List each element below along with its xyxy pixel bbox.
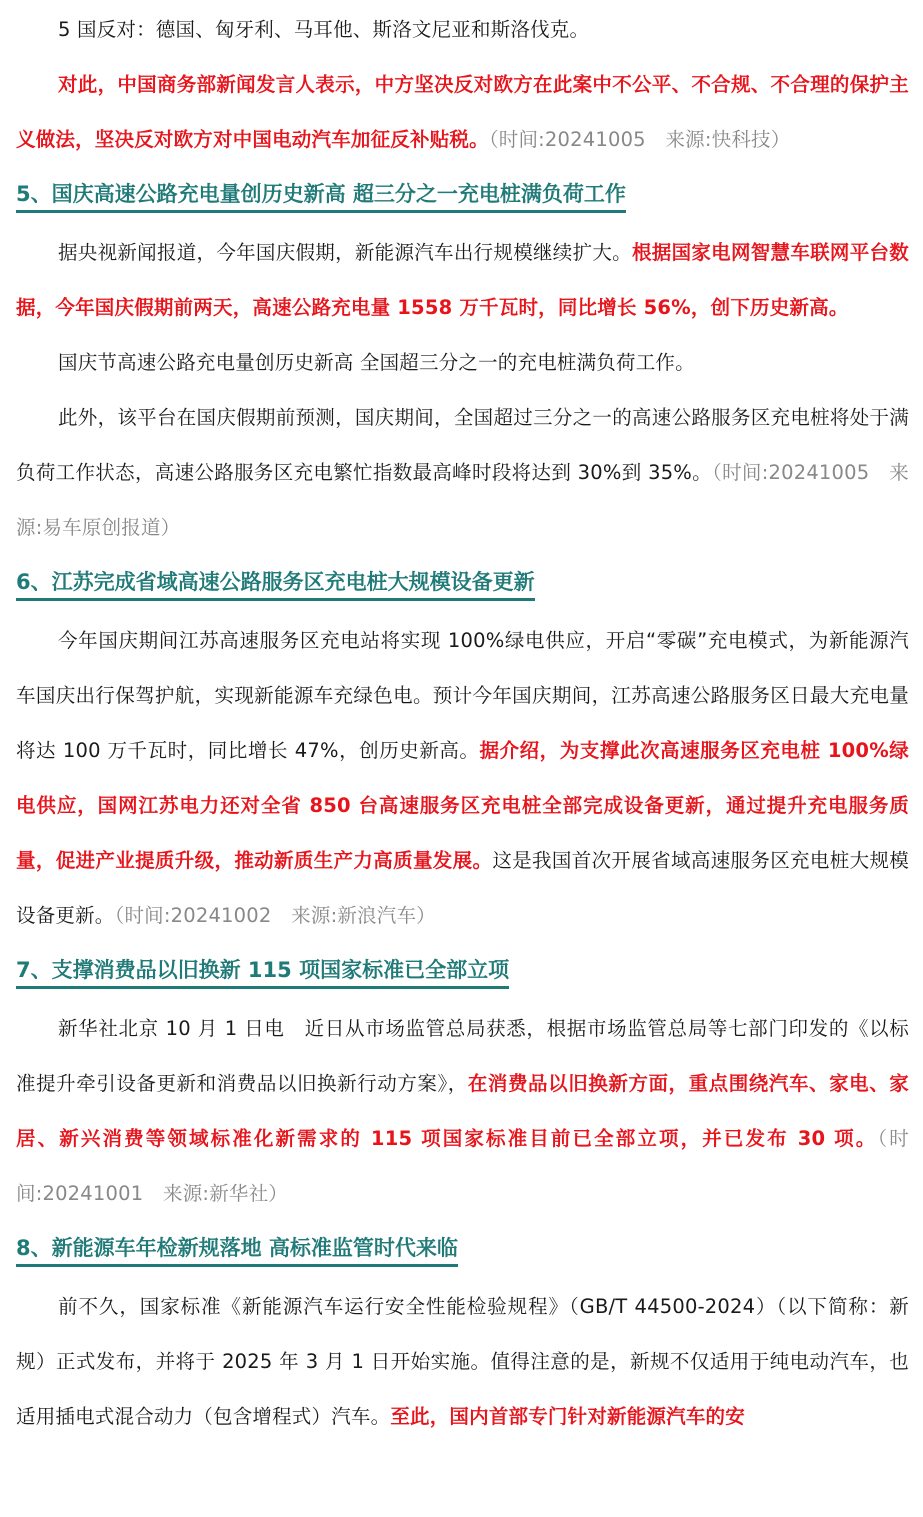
section-5-paragraph-1: 据央视新闻报道，今年国庆假期，新能源汽车出行规模继续扩大。根据国家电网智慧车联网… bbox=[16, 225, 909, 335]
section-8: 8、新能源车年检新规落地 高标准监管时代来临 bbox=[16, 1221, 909, 1279]
section-6-paragraph-1: 今年国庆期间江苏高速服务区充电站将实现 100%绿电供应，开启“零碳”充电模式，… bbox=[16, 613, 909, 943]
intro-text: 5 国反对：德国、匈牙利、马耳他、斯洛文尼亚和斯洛伐克。 bbox=[58, 18, 589, 41]
source-meta: （时间:20241005 来源:快科技） bbox=[489, 128, 791, 151]
article-body: 5 国反对：德国、匈牙利、马耳他、斯洛文尼亚和斯洛伐克。 对此，中国商务部新闻发… bbox=[0, 2, 923, 1444]
section-heading: 5、国庆高速公路充电量创历史新高 超三分之一充电桩满负荷工作 bbox=[16, 179, 626, 213]
highlight-text: 至此，国内首部专门针对新能源汽车的安 bbox=[390, 1405, 745, 1428]
section-7-paragraph-1: 新华社北京 10 月 1 日电 近日从市场监管总局获悉，根据市场监管总局等七部门… bbox=[16, 1001, 909, 1221]
section-8-paragraph-1: 前不久，国家标准《新能源汽车运行安全性能检验规程》（GB/T 44500-202… bbox=[16, 1279, 909, 1444]
section-7: 7、支撑消费品以旧换新 115 项国家标准已全部立项 bbox=[16, 943, 909, 1001]
intro-paragraph: 5 国反对：德国、匈牙利、马耳他、斯洛文尼亚和斯洛伐克。 bbox=[16, 2, 909, 57]
body-text: 国庆节高速公路充电量创历史新高 全国超三分之一的充电桩满负荷工作。 bbox=[58, 351, 695, 374]
section-heading: 8、新能源车年检新规落地 高标准监管时代来临 bbox=[16, 1233, 458, 1267]
section-6: 6、江苏完成省域高速公路服务区充电桩大规模设备更新 bbox=[16, 555, 909, 613]
section-5: 5、国庆高速公路充电量创历史新高 超三分之一充电桩满负荷工作 bbox=[16, 167, 909, 225]
section-5-paragraph-3: 此外，该平台在国庆假期前预测，国庆期间，全国超过三分之一的高速公路服务区充电桩将… bbox=[16, 390, 909, 555]
section-5-paragraph-2: 国庆节高速公路充电量创历史新高 全国超三分之一的充电桩满负荷工作。 bbox=[16, 335, 909, 390]
section-heading: 7、支撑消费品以旧换新 115 项国家标准已全部立项 bbox=[16, 955, 509, 989]
section-heading: 6、江苏完成省域高速公路服务区充电桩大规模设备更新 bbox=[16, 567, 535, 601]
body-text: 据央视新闻报道，今年国庆假期，新能源汽车出行规模继续扩大。 bbox=[58, 241, 632, 264]
source-meta: （时间:20241002 来源:新浪汽车） bbox=[115, 904, 436, 927]
intro-statement-paragraph: 对此，中国商务部新闻发言人表示，中方坚决反对欧方在此案中不公平、不合规、不合理的… bbox=[16, 57, 909, 167]
